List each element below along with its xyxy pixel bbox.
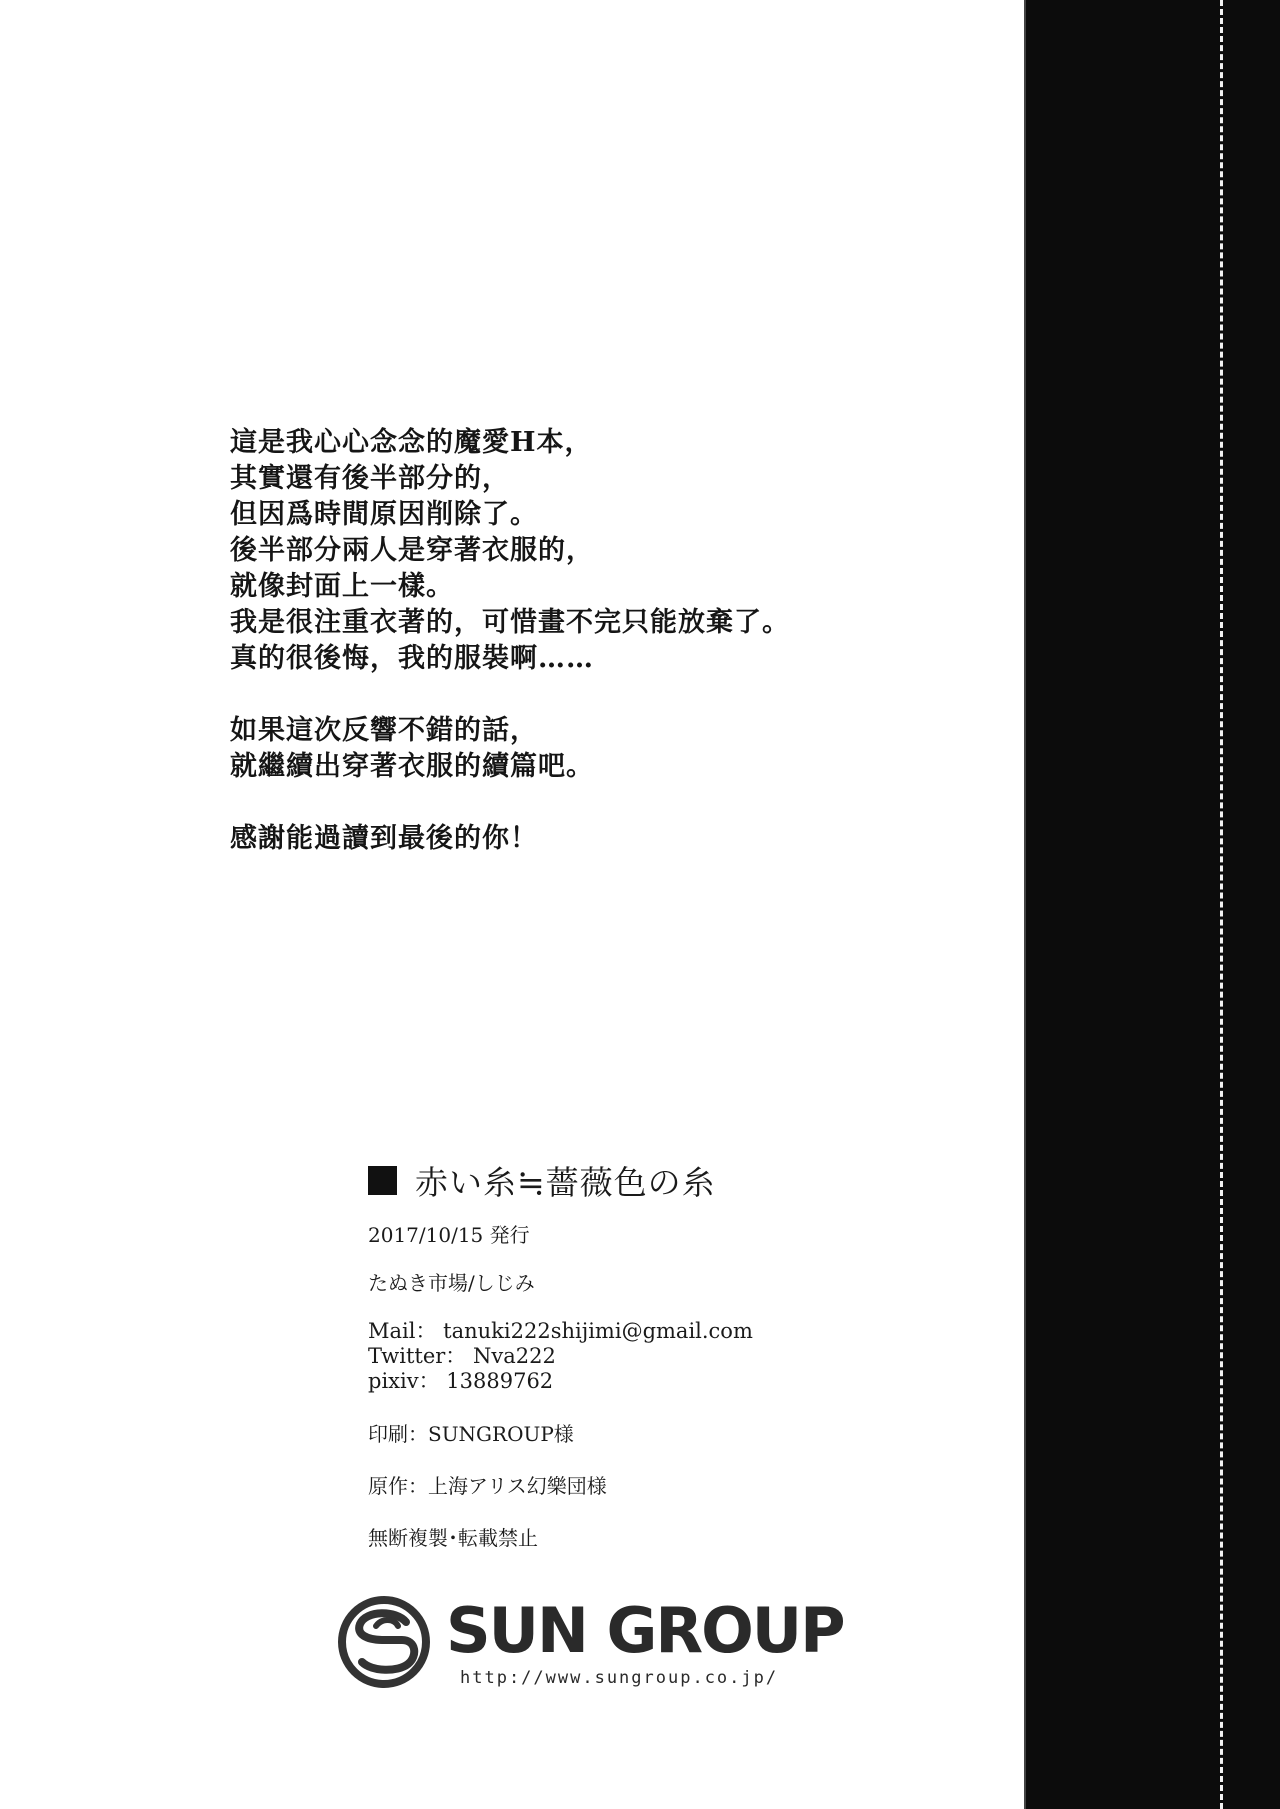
brand-name: SUN GROUP	[446, 1594, 844, 1667]
afterword-line: 這是我心心念念的魔愛H本，	[230, 425, 790, 461]
afterword-line: 如果這次反響不錯的話，	[230, 713, 790, 749]
publish-date: 2017/10/15 発行	[368, 1223, 753, 1247]
paragraph-gap	[230, 677, 790, 713]
dashed-stitch-line	[1220, 0, 1223, 1809]
printer-credit: 印刷：SUNGROUP様	[368, 1422, 753, 1446]
contact-value: tanuki222shijimi@gmail.com	[443, 1319, 753, 1343]
afterword-line: 但因爲時間原因削除了。	[230, 497, 790, 533]
contact-label: pixiv：	[368, 1369, 440, 1393]
circle-author: たぬき市場/しじみ	[368, 1271, 753, 1295]
brand-url: http://www.sungroup.co.jp/	[460, 1668, 778, 1688]
colophon: 赤い糸≒薔薇色の糸 2017/10/15 発行 たぬき市場/しじみ Mail： …	[368, 1155, 753, 1550]
afterword-line: 感謝能過讀到最後的你！	[230, 821, 790, 857]
afterword-text: 這是我心心念念的魔愛H本， 其實還有後半部分的， 但因爲時間原因削除了。 後半部…	[230, 425, 790, 857]
book-back-page: 這是我心心念念的魔愛H本， 其實還有後半部分的， 但因爲時間原因削除了。 後半部…	[0, 0, 1280, 1809]
contact-label: Twitter：	[368, 1344, 466, 1368]
book-title: 赤い糸≒薔薇色の糸	[415, 1157, 716, 1204]
afterword-line: 真的很後悔，我的服裝啊……	[230, 641, 790, 677]
book-spine-band	[1024, 0, 1280, 1809]
afterword-line: 就繼續出穿著衣服的續篇吧。	[230, 749, 790, 785]
contact-twitter: Twitter： Nva222	[368, 1344, 753, 1369]
colophon-title-row: 赤い糸≒薔薇色の糸	[368, 1155, 753, 1205]
paragraph-gap	[230, 785, 790, 821]
contact-value: Nva222	[473, 1344, 556, 1368]
contact-list: Mail： tanuki222shijimi@gmail.com Twitter…	[368, 1319, 753, 1394]
copyright-notice: 無断複製･転載禁止	[368, 1526, 753, 1550]
contact-value: 13889762	[446, 1369, 553, 1393]
afterword-line: 其實還有後半部分的，	[230, 461, 790, 497]
square-bullet-icon	[368, 1166, 397, 1195]
afterword-line: 我是很注重衣著的，可惜畫不完只能放棄了。	[230, 605, 790, 641]
contact-pixiv: pixiv： 13889762	[368, 1369, 753, 1394]
original-work-credit: 原作：上海アリス幻樂団様	[368, 1474, 753, 1498]
contact-mail: Mail： tanuki222shijimi@gmail.com	[368, 1319, 753, 1344]
contact-label: Mail：	[368, 1319, 436, 1343]
afterword-line: 後半部分兩人是穿著衣服的，	[230, 533, 790, 569]
sun-group-logo: SUN GROUP http://www.sungroup.co.jp/	[336, 1592, 826, 1692]
sun-group-emblem-icon	[336, 1592, 436, 1692]
afterword-line: 就像封面上一樣。	[230, 569, 790, 605]
